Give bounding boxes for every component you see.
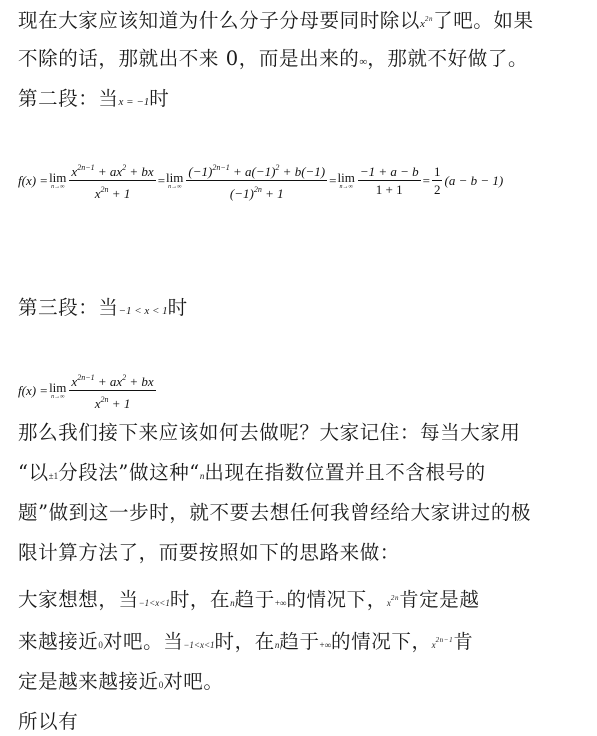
math-plus-infinity: +∞ [320,640,332,650]
lim-subscript: n→∞ [51,394,64,400]
text: “以 [18,461,49,484]
text-line: 大家想想，当−1<x<1时，在n趋于+∞的情况下，x2n肯定是越 [18,586,479,615]
lim-subscript: n→∞ [168,184,181,190]
formula-lhs: f(x) = [18,383,48,399]
text: 了吧。如果 [433,9,534,32]
section-heading: 第三段：当−1 < x < 1时 [18,296,188,323]
equals: = [423,173,430,189]
text-line: “以±1分段法”做这种“n出现在指数位置并且不含根号的 [18,461,486,488]
fraction: x2n−1 + ax2 + bx x2n + 1 [69,370,155,411]
fraction: x2n−1 + ax2 + bx x2n + 1 [69,160,155,201]
limit-operator: limn→∞ [337,171,354,190]
math-condition: x = −1 [119,96,150,108]
text-line: 所以有 [18,710,78,734]
lim-subscript: n→∞ [51,184,64,190]
text: 第三段：当 [18,296,119,319]
formula-lhs: f(x) = [18,173,48,189]
text: 时 [168,296,188,319]
math-exponent: 2n−1 [436,636,454,644]
math-condition: −1 < x < 1 [119,305,168,317]
lim-text: lim [337,171,354,184]
fraction: (−1)2n−1 + a(−1)2 + b(−1) (−1)2n + 1 [186,160,327,201]
numerator: x2n−1 + ax2 + bx [69,370,155,391]
denominator: 2 [432,181,443,197]
text: 出现在指数位置并且不含根号的 [204,461,485,484]
lim-text: lim [49,171,66,184]
equals: = [329,173,336,189]
formula-limit-case2: f(x) = limn→∞ x2n−1 + ax2 + bx x2n + 1 =… [18,160,503,201]
text: 所以有 [18,710,78,733]
limit-operator: limn→∞ [49,381,66,400]
text: ，那就不好做了。 [367,47,528,70]
text-line: 来越接近0对吧。当−1<x<1时，在n趋于+∞的情况下，x2n−1肯 [18,628,473,657]
section-heading: 第二段：当x = −1时 [18,87,169,114]
denominator: (−1)2n + 1 [228,181,286,201]
math-plus-infinity: +∞ [275,598,287,608]
text: 分段法”做这种“ [58,461,200,484]
lim-subscript: n→∞ [340,184,353,190]
text-line: 现在大家应该知道为什么分子分母要同时除以x2n了吧。如果 [18,7,534,36]
math-plus-minus-one: ±1 [49,471,58,481]
text: 限计算方法了，而要按照如下的思路来做： [18,541,400,564]
text: 第二段：当 [18,87,119,110]
text-line: 那么我们接下来应该如何去做呢？大家记住：每当大家用 [18,421,521,445]
limit-operator: limn→∞ [166,171,183,190]
fraction: −1 + a − b 1 + 1 [358,164,421,197]
numerator: −1 + a − b [358,164,421,181]
text-line: 限计算方法了，而要按照如下的思路来做： [18,541,400,565]
text: 时 [149,87,169,110]
math-exponent: 2n [391,594,399,602]
fraction-half: 1 2 [432,164,443,197]
equals: = [158,173,165,189]
text: 现在大家应该知道为什么分子分母要同时除以 [18,9,420,32]
formula-result: (a − b − 1) [444,173,503,189]
text-line: 定是越来越接近0对吧。 [18,670,224,697]
lim-text: lim [49,381,66,394]
text: 题”做到这一步时，就不要去想任何我曾经给大家讲过的极 [18,501,531,524]
denominator: 1 + 1 [374,181,405,197]
numerator: (−1)2n−1 + a(−1)2 + b(−1) [186,160,327,181]
text-line: 题”做到这一步时，就不要去想任何我曾经给大家讲过的极 [18,501,531,525]
denominator: x2n + 1 [93,391,133,411]
lim-text: lim [166,171,183,184]
numerator: x2n−1 + ax2 + bx [69,160,155,181]
denominator: x2n + 1 [93,181,133,201]
text-line: 不除的话，那就出不来 0，而是出来的∞，那就不好做了。 [18,47,528,74]
limit-operator: limn→∞ [49,171,66,190]
math-condition: −1<x<1 [139,598,170,608]
math-exponent: 2n [425,15,433,23]
text: 那么我们接下来应该如何去做呢？大家记住：每当大家用 [18,421,521,444]
math-condition: −1<x<1 [183,640,214,650]
numerator: 1 [432,164,443,181]
formula-limit-case3: f(x) = limn→∞ x2n−1 + ax2 + bx x2n + 1 [18,370,158,411]
text: 不除的话，那就出不来 0，而是出来的 [18,47,359,70]
